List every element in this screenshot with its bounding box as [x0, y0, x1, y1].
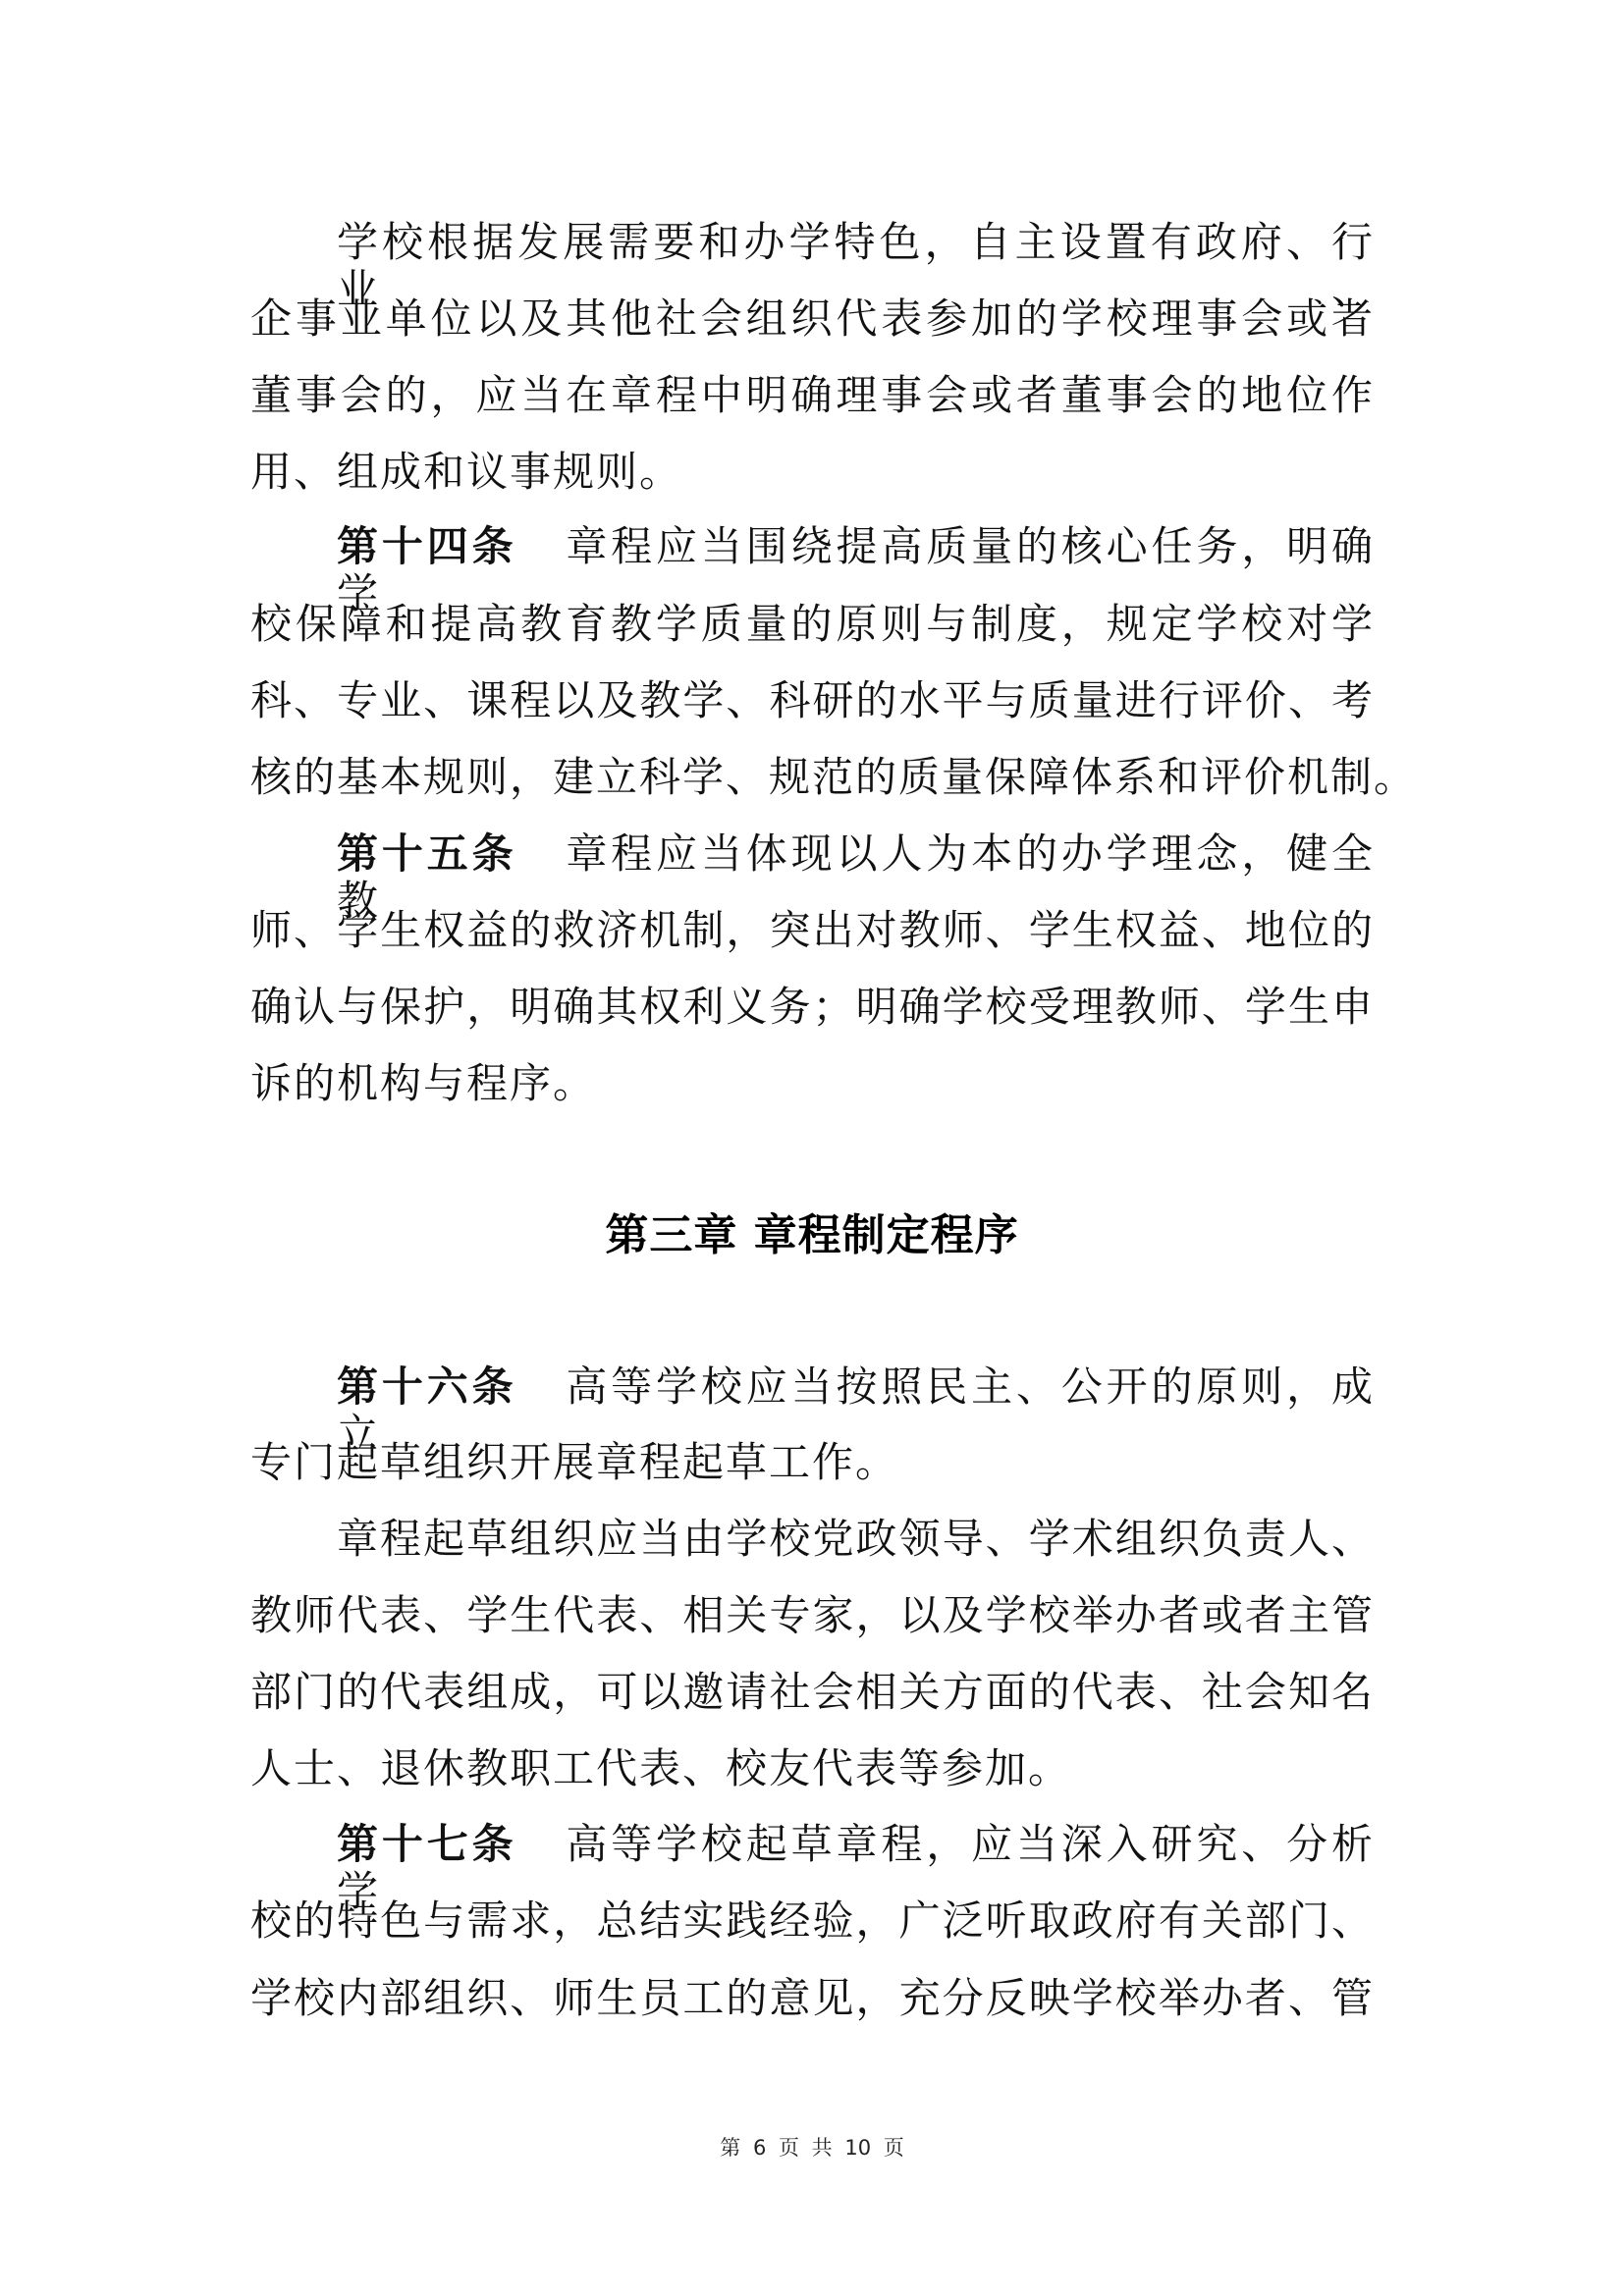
paragraph-line: 确认与保护，明确其权利义务；明确学校受理教师、学生申	[250, 984, 1375, 1031]
page-number-footer: 第 6 页 共 10 页	[0, 2134, 1624, 2162]
paragraph-line: 师、学生权益的救济机制，突出对教师、学生权益、地位的	[250, 907, 1375, 954]
paragraph-line: 用、组成和议事规则。	[250, 449, 1375, 496]
paragraph-line: 章程起草组织应当由学校党政领导、学术组织负责人、	[250, 1516, 1375, 1563]
article-heading: 第十五条	[337, 829, 516, 878]
chapter-title: 第三章 章程制定程序	[0, 1211, 1624, 1260]
article-heading: 第十四条	[337, 522, 516, 570]
paragraph-line: 校的特色与需求，总结实践经验，广泛听取政府有关部门、	[250, 1897, 1375, 1945]
paragraph-line: 教师代表、学生代表、相关专家，以及学校举办者或者主管	[250, 1592, 1375, 1639]
paragraph-line: 学校根据发展需要和办学特色，自主设置有政府、行业、	[250, 219, 1375, 266]
paragraph-line: 部门的代表组成，可以邀请社会相关方面的代表、社会知名	[250, 1669, 1375, 1716]
paragraph-line: 专门起草组织开展章程起草工作。	[250, 1439, 1375, 1486]
paragraph-line: 核的基本规则，建立科学、规范的质量保障体系和评价机制。	[250, 754, 1375, 801]
article-heading: 第十七条	[337, 1820, 516, 1868]
paragraph-line: 科、专业、课程以及教学、科研的水平与质量进行评价、考	[250, 677, 1375, 724]
paragraph-line: 董事会的，应当在章程中明确理事会或者董事会的地位作	[250, 372, 1375, 419]
paragraph-line: 校保障和提高教育教学质量的原则与制度，规定学校对学	[250, 601, 1375, 648]
article-heading: 第十六条	[337, 1362, 516, 1411]
paragraph-line: 学校内部组织、师生员工的意见，充分反映学校举办者、管	[250, 1975, 1375, 2022]
article-17-first-line: 第十七条高等学校起草章程，应当深入研究、分析学	[250, 1821, 1375, 1868]
article-16-first-line: 第十六条高等学校应当按照民主、公开的原则，成立	[250, 1363, 1375, 1411]
paragraph-line: 人士、退休教职工代表、校友代表等参加。	[250, 1745, 1375, 1792]
paragraph-line: 企事业单位以及其他社会组织代表参加的学校理事会或者	[250, 295, 1375, 343]
article-14-first-line: 第十四条章程应当围绕提高质量的核心任务，明确学	[250, 523, 1375, 570]
article-15-first-line: 第十五条章程应当体现以人为本的办学理念，健全教	[250, 830, 1375, 878]
document-page: 学校根据发展需要和办学特色，自主设置有政府、行业、 企事业单位以及其他社会组织代…	[0, 0, 1624, 2296]
paragraph-line: 诉的机构与程序。	[250, 1060, 1375, 1107]
